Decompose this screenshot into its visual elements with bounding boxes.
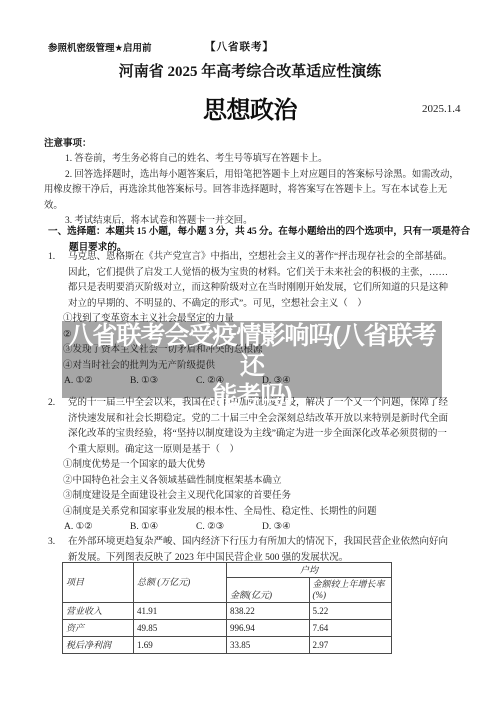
question-2-statement-4: ④制度是关系党和国家事业发展的根本性、全局性、稳定性、长期性的问题 [63, 505, 456, 521]
watermark-overlay [62, 321, 442, 398]
table-header-item: 项目 [63, 563, 134, 603]
table-row-net-profit: 税后净利润 1.69 33.85 2.97 [63, 637, 392, 654]
row-label: 税后净利润 [63, 637, 134, 654]
private-enterprise-table: 项目 总额 (万亿元) 户均 金额(亿元) 金额较上年增长率 (%) 营业收入 … [62, 562, 392, 654]
notice-heading: 注意事项： [44, 136, 461, 151]
exam-subtitle: 河南省 2025 年高考综合改革适应性演练 [0, 60, 500, 81]
row-avg-amount: 996.94 [227, 620, 310, 637]
table-row-revenue: 营业收入 41.91 838.22 5.22 [63, 603, 392, 620]
row-avg-amount: 838.22 [227, 603, 310, 620]
row-avg-growth: 7.64 [309, 620, 392, 637]
row-label: 营业收入 [63, 603, 134, 620]
question-2-statement-3: ③制度建设是全面建设社会主义现代化国家的首要任务 [63, 489, 456, 505]
row-total: 41.91 [134, 603, 227, 620]
notice-section: 注意事项： 1. 答卷前，考生务必将自己的姓名、考生号等填写在答题卡上。 2. … [44, 136, 461, 229]
question-2-choices: A. ①②B. ①④C. ②③D. ③④ [48, 520, 456, 536]
security-classification-label: 参照机密级管理★启用前 [48, 40, 152, 54]
question-2-statement-1: ①制度优势是一个国家的最大优势 [63, 458, 456, 474]
question-3-number: 3. [48, 535, 55, 551]
row-total: 49.85 [134, 620, 227, 637]
question-1-number: 1. [48, 250, 55, 266]
question-3-stem: 在外部环境更趋复杂严峻、国内经济下行压力有所加大的情况下，我国民营企业依然向好向… [68, 537, 448, 563]
question-2-statement-2: ②中国特色社会主义各领域基础性制度框架基本确立 [63, 474, 456, 490]
table-row-assets: 资产 49.85 996.94 7.64 [63, 620, 392, 637]
notice-item-1: 1. 答卷前，考生务必将自己的姓名、考生号等填写在答题卡上。 [44, 152, 461, 167]
question-2: 2.党的十一届三中全会以来，我国在改革中加强制度建设，解决了一个又一个问题，保障… [48, 396, 456, 536]
row-label: 资产 [63, 620, 134, 637]
row-avg-growth: 2.97 [309, 637, 392, 654]
row-total: 1.69 [134, 637, 227, 654]
question-2-stem: 党的十一届三中全会以来，我国在改革中加强制度建设，解决了一个又一个问题，保障了经… [68, 398, 448, 455]
question-2-number: 2. [48, 396, 55, 412]
row-avg-growth: 5.22 [309, 603, 392, 620]
table-header-total: 总额 (万亿元) [134, 563, 227, 603]
question-2-choice-b: B. ①④ [130, 520, 196, 536]
row-avg-amount: 33.85 [227, 637, 310, 654]
notice-item-2: 2. 回答选择题时，选出每小题答案后，用铅笔把答题卡上对应题目的答案标号涂黑。如… [44, 168, 461, 214]
question-2-choice-a: A. ①② [64, 520, 130, 536]
table-header-growth: 金额较上年增长率 (%) [309, 578, 392, 603]
table-header-per-household: 户均 [227, 563, 392, 578]
question-2-choice-d: D. ③④ [262, 520, 291, 536]
question-2-choice-c: C. ②③ [196, 520, 262, 536]
question-1-stem: 马克思、恩格斯在《共产党宣言》中指出，空想社会主义的著作“抨击现存社会的全部基础… [68, 252, 452, 309]
exam-paper-page: 参照机密级管理★启用前 【八省联考】 河南省 2025 年高考综合改革适应性演练… [0, 0, 500, 707]
exam-date: 2025.1.4 [422, 103, 461, 115]
exam-league-label: 【八省联考】 [205, 39, 274, 54]
table-header-amount: 金额(亿元) [227, 578, 310, 603]
